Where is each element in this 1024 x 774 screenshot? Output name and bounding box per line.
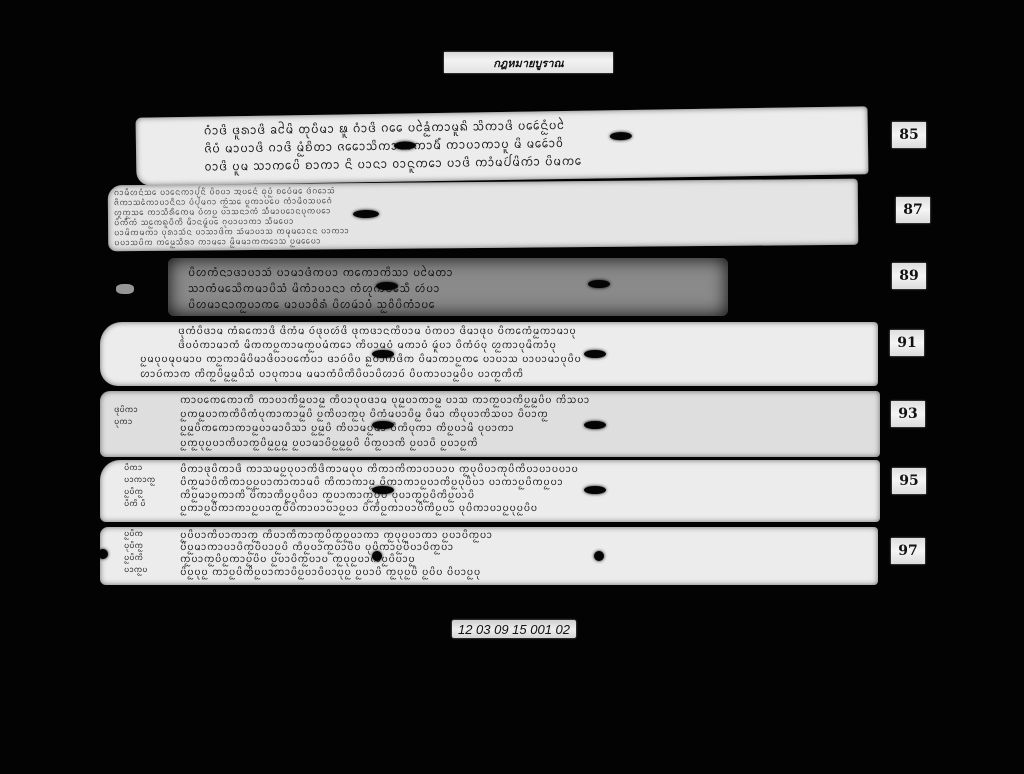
binding-hole	[372, 551, 382, 561]
palm-leaf-87: ᨣᩣᨾᩥᩉᨶᩴᩈᩮ ᨷᩣᩮᨶᨠᩣᨸᩩᨶᩥ ᨷᩦᩅᨷᩣ ᩋᨷᩮᨶᩴ ᨵᩩᨷᩬᩴ ᨧ…	[108, 179, 859, 252]
margin-note: ᨷᩩᨠᩣ	[114, 417, 132, 427]
margin-note: ᨴᩩᨷᩦᨠᩣ	[114, 405, 138, 415]
page-number-95: 95	[892, 468, 926, 494]
margin-note: ᨷᩦᨠᩣ	[124, 463, 142, 473]
margin-note: ᨷᩬᨷᩦᨠᩦ	[124, 553, 143, 563]
leaf-fragment	[116, 284, 134, 294]
binding-hole	[376, 282, 398, 290]
palm-leaf-95: ᨷᩦᨠᩣ ᨷᩣᨠᩣᨠᩬ ᨷᩬᨷᩦᨠᩬ ᨷᩦᨠᩦ ᨷᩦ ᨷᩦᨠᩣᨴᩩᨷᩦᨠᩣᨴᩦ …	[100, 460, 880, 522]
binding-hole	[372, 486, 394, 494]
binding-hole	[584, 486, 606, 494]
margin-note: ᨷᩬᨷᩦᨠ	[124, 529, 143, 539]
leaf-line: ᨷᩦᩉᨾᩣᨶᩣᨠᩬᨷᩣᨠᩮ ᨾᩣᨷᩣᩅᩦᩁᩴ ᨷᩦᩉᨾᩢᩣᨷᩴ ᩈᩬᩅᩦᨷᩦᨠᩴ…	[188, 296, 728, 314]
leaf-line: ᨷᩬᨠᩬᨷᩩᨷᩬᨷᩣᨠᩦᨷᩣᨠᩬᨷᩦᨾᩬᨷᩬᨾᩬ ᨷᩬᨷᩣᨾᩣᨷᩦᨷᩬᨾᩬᨷᩬᨷ…	[180, 436, 880, 452]
margin-note: ᨷᩬᨷᩦᨠᩬ	[124, 487, 143, 497]
margin-note: ᨷᩩᨷᩦᨠᩬ	[124, 541, 143, 551]
binding-hole	[372, 350, 394, 358]
binding-hole	[584, 350, 606, 358]
page-number-91: 91	[890, 330, 924, 356]
margin-note: ᨷᩣᨠᩣᨠᩬ	[124, 475, 155, 485]
leaf-line: ᨷᩬᨾᩬᨷᩦᨠᩮᨠᩣᨠᩣᨾᩬᨷᩣᨾᩣᨷᩦᩈᩣ ᨷᩬᨾᩬᨷᩦ ᨠᩦᨷᩣᨾᨷᩬᨾᩣ …	[180, 421, 880, 437]
leaf-line: ᩉᩣᨷᩢᨠᩣᨠ ᨠᩦᨠᩬᨷᩦᨾᩬᨾᩬᨷᩦᩈᩴ ᨷᩣᨷᩩᨠᩣᨾ ᨾᨾᩣᨠᩴᨷᩦᨠᩦ…	[140, 367, 878, 383]
page-number-97: 97	[891, 538, 925, 564]
page-number-85: 85	[892, 122, 926, 148]
reference-code-label: 12 03 09 15 001 02	[452, 620, 576, 638]
palm-leaf-89: ᨷᩦᩉᨠᩴᨶᩣᨴᩣᨷᩣᩈᩢ ᨷᩣᨾᩣᨴᩴᨠᨷᩣ ᨠᩮᨠᩣᨠᩦᩈᩣ ᨷᩱᨾᨲᩣ ᩈ…	[168, 258, 728, 316]
leaf-line: ᨷᩦᨷᩬᨷᩩᨷᩬ ᨠᩣᨷᩬᨷᩦᨠᩦᨷᩬᨷᩣᨠᩣᨷᩦᨷᩬᨷᩣᨷᩦᨷᩣᨷᩩᨷᩬ ᨷᩬ…	[180, 565, 878, 581]
leaf-line: ᨷᩬᨾᨷᩩᨷᨾᩩᨷᨾᩣᨷ ᨠᩣᩬᨠᩣᨾᩦᨷᩦᨾᩣᨴᩦᨷᩣᨷᩮᨠᩴᨷᩣ ᨴᩣᨷᩢᨷ…	[140, 352, 878, 368]
binding-hole	[588, 280, 610, 288]
palm-leaf-85: ᨣᩴᩣᨴᩦ ᨴᩪᩁᩣᨴᩦ ᨡᩲᨾᩦ ᨲᩩᨷᩥᨾᩣ ᨹᩪ ᨣᩴᩣᨴᩦ ᨣᩯ ᨷᩱᨡ…	[136, 106, 869, 185]
binding-hole	[100, 549, 108, 559]
page-number-93: 93	[891, 401, 925, 427]
microfilm-frame: กฎหมายบูราณ ᨣᩴᩣᨴᩦ ᨴᩪᩁᩣᨴᩦ ᨡᩲᨾᩦ ᨲᩩᨷᩥᨾᩣ ᨹᩪ …	[0, 0, 1024, 774]
leaf-line: ᨷᩬᨠᩣᨷᩬᨷᩦᨠᩣᨠᩣᨷᩬᨷᩣᨠᩬᨷᩦᨷᩦᨠᩣᨷᩣᨷᩣᨷᩬᨷᩣ ᨷᩦᨠᩦᨷᩬᨠ…	[180, 501, 880, 517]
binding-hole	[594, 551, 604, 561]
palm-leaf-91: ᨴᩩᨠᩴᨷᩦᨴᩣᨾ ᨠᩴᨦᩮᨠᩣᨴᩦ ᨴᩦᨠᩴᨾ ᨷᩢᨴᩩᨷᩉᩢᨴᩦ ᨴᩩᨠᨴᩣ…	[100, 322, 878, 386]
margin-note: ᨷᩣᨠᩬᨷ	[124, 565, 148, 575]
binding-hole	[372, 421, 394, 429]
page-number-89: 89	[892, 263, 926, 289]
margin-note: ᨷᩦᨠᩦ ᨷᩦ	[124, 499, 146, 509]
palm-leaf-93: ᨴᩩᨷᩦᨠᩣ ᨷᩩᨠᩣ ᨠᩣᨷᩮᨠᩮᨠᩣᨠᩦ ᨠᩣᨷᩣᨠᩦᨾᩬᨷᩣᨾᩬ ᨠᩦᨷᩣ…	[100, 391, 880, 457]
page-number-87: 87	[896, 197, 930, 223]
title-label: กฎหมายบูราณ	[444, 52, 613, 73]
binding-hole	[584, 421, 606, 429]
palm-leaf-97: ᨷᩬᨷᩦᨠ ᨷᩩᨷᩦᨠᩬ ᨷᩬᨷᩦᨠᩦ ᨷᩣᨠᩬᨷ ᨷᩬᨷᩦᨷᩣᨠᩦᨷᩣᨠᩣᨠᩬ…	[100, 527, 878, 585]
